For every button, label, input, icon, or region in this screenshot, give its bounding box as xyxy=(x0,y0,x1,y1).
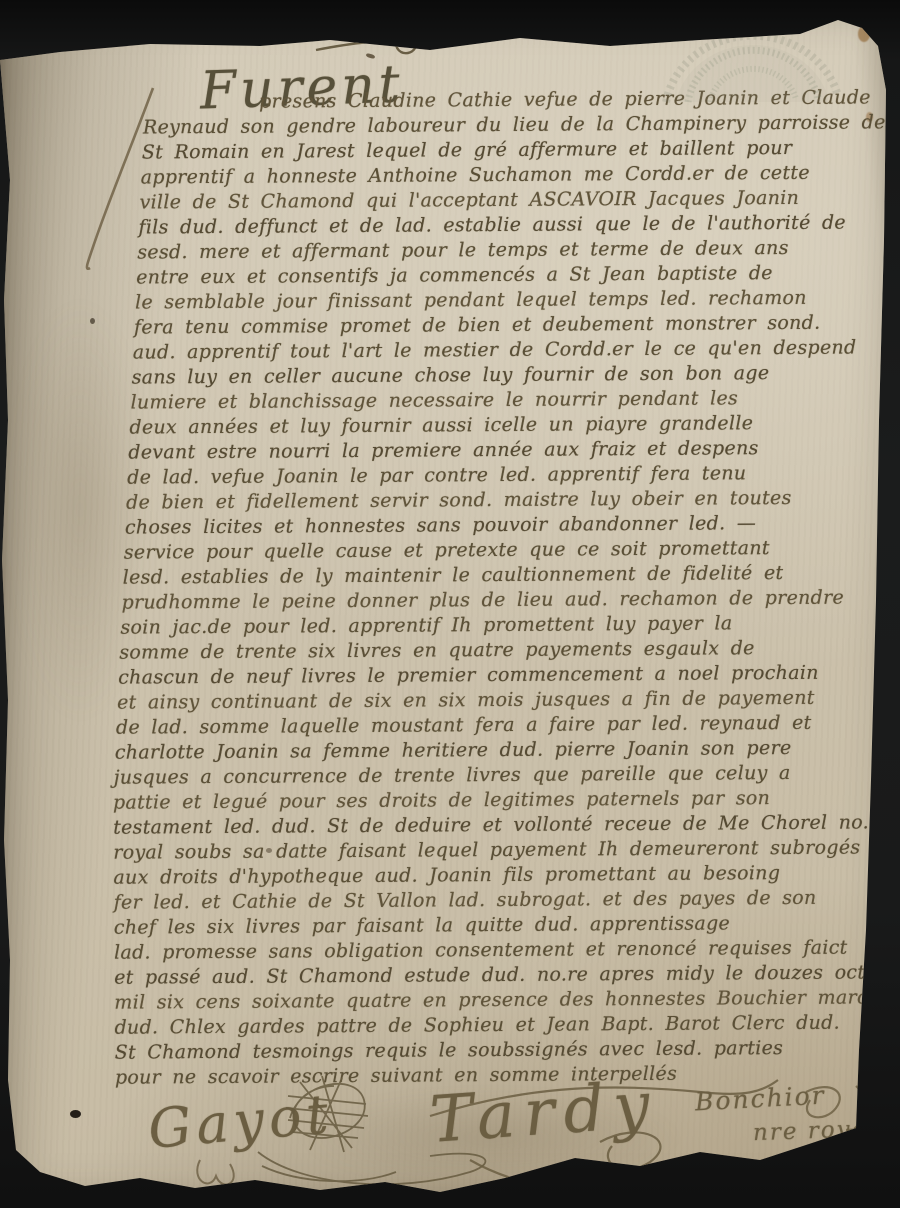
manuscript-line: St Chamond tesmoings requis le soubssign… xyxy=(115,1035,885,1065)
foxing-spot xyxy=(858,26,870,42)
ink-speck xyxy=(90,318,95,324)
manuscript-line: prudhomme le peine donner plus de lieu a… xyxy=(121,585,881,615)
signature-bonchior: Bonchior xyxy=(694,1081,826,1117)
manuscript-line: sans luy en celler aucune chose luy four… xyxy=(132,360,880,390)
manuscript-lines: presens Claudine Cathie vefue de pierre … xyxy=(108,85,885,1090)
header-cross-mark xyxy=(316,30,416,53)
signature-notaire-royal: nre royal xyxy=(753,1116,877,1146)
paper-hole xyxy=(70,1110,81,1118)
manuscript-photograph: Furent presens Claudine Cathie vefue de … xyxy=(0,0,900,1208)
manuscript-line: de bien et fidellement servir sond. mais… xyxy=(126,485,881,515)
manuscript-page: Furent presens Claudine Cathie vefue de … xyxy=(0,0,900,1208)
